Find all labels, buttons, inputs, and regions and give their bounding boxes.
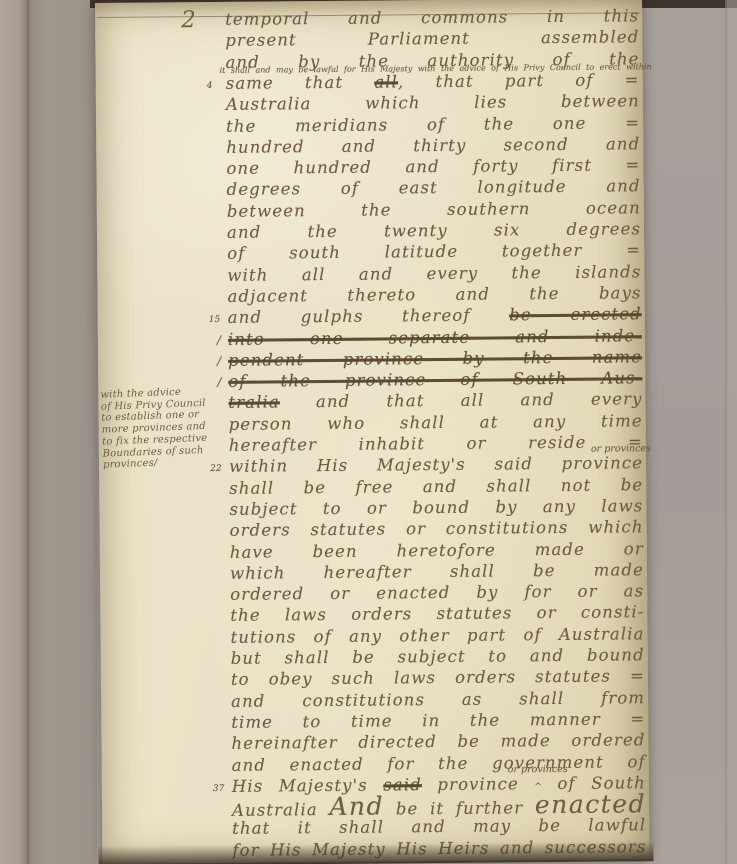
- manuscript-text-block: temporal and commons in thispresent Parl…: [225, 5, 646, 855]
- strike-mark: /: [217, 351, 221, 372]
- manuscript-text: between the southern ocean: [227, 198, 641, 221]
- strike-mark: /: [217, 329, 221, 350]
- manuscript-text: ordered or enacted by for or as: [230, 581, 644, 604]
- struck-text: into one separate and inde-: [228, 326, 642, 349]
- manuscript-text: have been heretofore made or: [230, 539, 644, 562]
- manuscript-text: orders statutes or constitutions which: [230, 517, 644, 540]
- manuscript-text: province: [422, 774, 535, 794]
- manuscript-text: the laws orders statutes or consti-: [230, 603, 644, 626]
- interlineation: or provinces: [591, 444, 651, 455]
- manuscript-text: degrees of east longitude and: [227, 177, 641, 200]
- photograph-frame: 2 temporal and commons in thispresent Pa…: [0, 0, 737, 864]
- manuscript-text: person who shall at any time: [229, 411, 643, 434]
- struck-text: said: [383, 775, 422, 794]
- manuscript-text: and gulphs thereof: [228, 306, 510, 327]
- line-number: 37: [213, 779, 225, 800]
- manuscript-text: and constitutions as shall from: [231, 688, 645, 711]
- manuscript-text: but shall be subject to and bound: [231, 645, 645, 668]
- background-left-edge: [0, 0, 27, 864]
- page-number: 2: [181, 7, 196, 33]
- struck-text: be erected: [509, 304, 642, 324]
- manuscript-text: adjacent thereto and the bays: [227, 283, 641, 306]
- struck-text: of the province of South Aus-: [228, 368, 642, 391]
- manuscript-text: , that part of =: [398, 70, 640, 91]
- struck-text: all: [374, 72, 398, 91]
- manuscript-text: hereafter inhabit or reside =: [229, 432, 643, 455]
- manuscript-page: 2 temporal and commons in thispresent Pa…: [95, 0, 649, 864]
- manuscript-text: of south latitude together =: [227, 241, 641, 264]
- manuscript-text: present Parliament assembled: [225, 28, 639, 51]
- marginal-note: with the adviceof His Privy Councilto es…: [100, 385, 227, 471]
- manuscript-text: temporal and commons in this: [225, 6, 639, 29]
- manuscript-text: shall be free and shall not be: [229, 475, 643, 498]
- background-mat: [27, 0, 97, 864]
- manuscript-text: and enacted for the government of: [232, 752, 646, 775]
- manuscript-text: hereinafter directed be made ordered: [231, 730, 645, 753]
- struck-text: pendent province by the name: [228, 347, 642, 370]
- manuscript-text: within His Majesty's said province: [229, 454, 643, 477]
- manuscript-text: to obey such laws orders statutes =: [231, 667, 645, 690]
- background-right: [727, 0, 737, 864]
- manuscript-text: one hundred and forty first =: [226, 155, 640, 178]
- background-right-edge-line: [725, 0, 727, 864]
- manuscript-line: for His Majesty His Heirs and successors: [232, 836, 646, 861]
- manuscript-text: Australia which lies between: [226, 91, 640, 114]
- manuscript-text: the meridians of the one =: [226, 113, 640, 136]
- line-number: 15: [209, 310, 221, 331]
- manuscript-text: which hereafter shall be made: [230, 560, 644, 583]
- manuscript-text: tutions of any other part of Australia: [230, 624, 644, 647]
- manuscript-text: time to time in the manner =: [231, 709, 645, 732]
- manuscript-text: subject to or bound by any laws: [229, 496, 643, 519]
- struck-text: tralia: [228, 393, 280, 412]
- manuscript-text: with all and every the islands: [227, 262, 641, 285]
- manuscript-text: and the twenty six degrees: [227, 219, 641, 242]
- manuscript-text: and that all and every: [280, 390, 643, 412]
- manuscript-text: hundred and thirty second and: [226, 134, 640, 157]
- interlineation: or provinces: [508, 765, 568, 776]
- manuscript-text: that it shall and may be lawful: [232, 816, 646, 839]
- line-number: 4: [207, 76, 213, 97]
- manuscript-text: same that: [226, 72, 375, 92]
- manuscript-text: for His Majesty His Heirs and successors: [232, 837, 646, 860]
